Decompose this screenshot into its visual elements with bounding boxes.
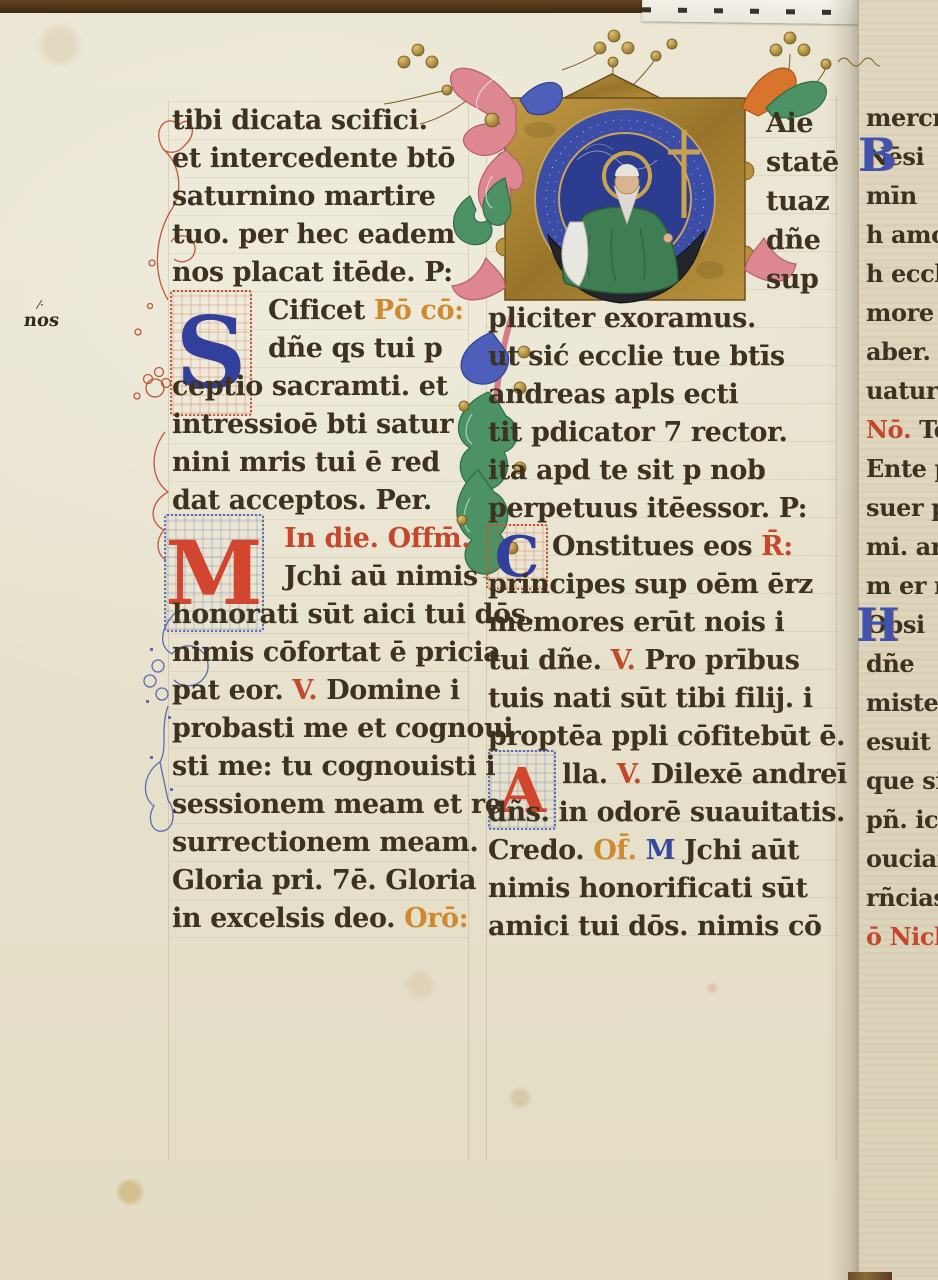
text-line: dñs. in odorē suauitatis. <box>488 794 845 832</box>
text-segment: lla. <box>562 759 617 790</box>
text-segment: nimis cōfortat ē pricia <box>172 637 500 668</box>
text-segment: dat acceptos. Per. <box>172 485 432 516</box>
text-line: sessionem meam et re <box>172 786 535 824</box>
text-line: In die. Offm̄. <box>284 520 478 558</box>
right-column-beside-initial: Aiestatētuazdñesup <box>766 104 839 299</box>
text-segment: Orō: <box>404 903 468 934</box>
text-segment: Of̄. <box>593 835 645 866</box>
text-line: ouciam p <box>866 839 938 878</box>
left-column-block-1: tibi dicata scifici.et intercedente btōs… <box>172 102 455 292</box>
text-segment: Jchi aū nimis <box>284 561 478 592</box>
text-segment: amici tui dōs. nimis cō <box>488 911 822 942</box>
text-segment: Te d <box>919 415 938 444</box>
text-segment: perpetuus itēessor. P: <box>488 493 807 524</box>
text-line: Jchi aū nimis <box>284 558 478 596</box>
text-line: Gloria pri. 7ē. Gloria <box>172 862 535 900</box>
binding-edge <box>0 0 650 13</box>
right-column-block-5: lla. V. Dilexē andreī <box>562 756 847 794</box>
text-segment: Ente po <box>866 454 938 483</box>
text-segment: Pro prībus <box>645 645 800 676</box>
text-line: sti me: tu cognouisti i <box>172 748 535 786</box>
text-segment: surrectionem meam. <box>172 827 478 858</box>
text-line: principes sup oēm ērz <box>488 566 845 604</box>
text-segment: probasti me et cognoui <box>172 713 513 744</box>
text-line: tuaz <box>766 182 839 221</box>
text-segment: Cificet <box>268 295 374 326</box>
text-segment: h amor <box>866 220 938 249</box>
text-line: tuo. per hec eadem <box>172 216 455 254</box>
text-segment: Jchi aūt <box>684 835 799 866</box>
left-column-block-4: In die. Offm̄.Jchi aū nimis <box>284 520 478 596</box>
text-segment: tit pdicator 7 rector. <box>488 417 788 448</box>
text-line: intressioē bti satur <box>172 406 453 444</box>
text-segment: sup <box>766 264 819 295</box>
text-segment: dñe <box>866 649 914 678</box>
text-segment: V. <box>611 645 645 676</box>
text-segment: rñcias. <box>866 883 938 912</box>
text-line: memores erūt nois i <box>488 604 845 642</box>
text-segment: statē <box>766 147 839 178</box>
left-column-block-5: honorati sūt aici tui dōs.nimis cōfortat… <box>172 596 535 938</box>
text-segment: misteria b <box>866 688 938 717</box>
text-segment: nos placat itēde. P: <box>172 257 453 288</box>
text-segment: tuis nati sūt tibi filij. i <box>488 683 813 714</box>
facing-initial-2: H <box>856 598 899 652</box>
text-line: dñe <box>766 221 839 260</box>
text-segment: Dilexē andreī <box>651 759 847 790</box>
text-segment: Pō cō: <box>374 295 464 326</box>
text-segment: mi. ar ill <box>866 532 938 561</box>
text-segment: m er naui <box>866 571 938 600</box>
text-segment: Nō. <box>866 415 919 444</box>
text-line: saturnino martire <box>172 178 455 216</box>
text-segment: nimis honorificati sūt <box>488 873 808 904</box>
text-segment: M <box>646 835 685 866</box>
text-line: dat acceptos. Per. <box>172 482 453 520</box>
margin-note-text: nos <box>23 313 60 328</box>
text-line: pliciter exoramus. <box>488 300 807 338</box>
text-segment: Gloria pri. 7ē. Gloria <box>172 865 476 896</box>
text-segment: pñ. ica i <box>866 805 938 834</box>
text-segment: In die. Offm̄. <box>284 523 470 554</box>
left-column-block-2: Cificet Pō cō:dñe qs tui p <box>268 292 464 368</box>
text-segment: dñs. in odorē suauitatis. <box>488 797 845 828</box>
text-line: Cificet Pō cō: <box>268 292 464 330</box>
text-segment: dñe qs tui p <box>268 333 442 364</box>
text-segment: proptēa ppli cōfitebūt ē. <box>488 721 845 752</box>
text-segment: esuit err <box>866 727 938 756</box>
text-line: que sić ans <box>866 761 938 800</box>
text-segment: pat eor. <box>172 675 292 706</box>
facing-page-text: mercriNēsimīnh amorh eccliemore scaber. … <box>866 98 938 956</box>
text-segment: suer pu <box>866 493 938 522</box>
text-line: Ente po <box>866 449 938 488</box>
text-segment: ita apd te sit p nob <box>488 455 765 486</box>
text-line: statē <box>766 143 839 182</box>
text-line: proptēa ppli cōfitebūt ē. <box>488 718 845 756</box>
text-line: pñ. ica i <box>866 800 938 839</box>
text-segment: memores erūt nois i <box>488 607 784 638</box>
text-line: mi. ar ill <box>866 527 938 566</box>
text-segment: Onstitues eos <box>552 531 761 562</box>
text-segment: ō Nich <box>866 922 938 951</box>
text-segment: saturnino martire <box>172 181 436 212</box>
text-segment: Aie <box>766 108 813 139</box>
text-segment: tibi dicata scifici. <box>172 105 428 136</box>
text-segment: V. <box>617 759 651 790</box>
right-column-block-4: principes sup oēm ērzmemores erūt nois i… <box>488 566 845 756</box>
text-segment: que sić ans <box>866 766 938 795</box>
manuscript-page-scan: ⁄· nos <box>0 0 938 1280</box>
text-line: Nō. Te d <box>866 410 938 449</box>
text-line: Credo. Of̄. M Jchi aūt <box>488 832 845 870</box>
text-segment: principes sup oēm ērz <box>488 569 813 600</box>
text-line: in excelsis deo. Orō: <box>172 900 535 938</box>
text-segment: honorati sūt aici tui dōs. <box>172 599 535 630</box>
text-segment: nini mris tui ē red <box>172 447 440 478</box>
text-line: nos placat itēde. P: <box>172 254 455 292</box>
text-line: ceptio sacramti. et <box>172 368 453 406</box>
text-line: honorati sūt aici tui dōs. <box>172 596 535 634</box>
text-line: andreas apls ecti <box>488 376 807 414</box>
text-segment: tuo. per hec eadem <box>172 219 455 250</box>
text-segment: intressioē bti satur <box>172 409 453 440</box>
text-line: Aie <box>766 104 839 143</box>
text-line: Onstitues eos R̄: <box>552 528 793 566</box>
text-line: more sc <box>866 293 938 332</box>
text-line: probasti me et cognoui <box>172 710 535 748</box>
text-segment: ut sić ecclie tue btīs <box>488 341 785 372</box>
text-line: nimis honorificati sūt <box>488 870 845 908</box>
right-column-block-3: Onstitues eos R̄: <box>552 528 793 566</box>
text-segment: R̄: <box>761 531 793 562</box>
text-line: tuis nati sūt tibi filij. i <box>488 680 845 718</box>
text-line: h amor <box>866 215 938 254</box>
text-segment: sessionem meam et re <box>172 789 502 820</box>
text-segment: more sc <box>866 298 938 327</box>
left-column-block-3: ceptio sacramti. etintressioē bti saturn… <box>172 368 453 520</box>
text-line: ita apd te sit p nob <box>488 452 807 490</box>
text-line: pat eor. V. Domine i <box>172 672 535 710</box>
text-segment: h ecclie <box>866 259 938 288</box>
text-segment: Domine i <box>326 675 460 706</box>
text-segment: tuaz <box>766 186 829 217</box>
text-line: aber. m <box>866 332 938 371</box>
text-line: ō Nich <box>866 917 938 956</box>
text-line: amici tui dōs. nimis cō <box>488 908 845 946</box>
text-line: uatur ac <box>866 371 938 410</box>
binding-fragment <box>848 1272 892 1280</box>
text-segment: ouciam p <box>866 844 938 873</box>
margin-annotation: ⁄· nos <box>24 298 59 328</box>
text-line: tibi dicata scifici. <box>172 102 455 140</box>
text-segment: tui dñe. <box>488 645 611 676</box>
text-line: et intercedente btō <box>172 140 455 178</box>
text-line: nimis cōfortat ē pricia <box>172 634 535 672</box>
text-segment: andreas apls ecti <box>488 379 738 410</box>
text-line: esuit err <box>866 722 938 761</box>
text-segment: V. <box>292 675 326 706</box>
text-segment: in excelsis deo. <box>172 903 404 934</box>
text-line: rñcias. <box>866 878 938 917</box>
text-line: tit pdicator 7 rector. <box>488 414 807 452</box>
text-segment: dñe <box>766 225 821 256</box>
text-line: sup <box>766 260 839 299</box>
text-line: tui dñe. V. Pro prībus <box>488 642 845 680</box>
text-segment: aber. m <box>866 337 938 366</box>
text-line: dñe qs tui p <box>268 330 464 368</box>
text-segment: ceptio sacramti. et <box>172 371 448 402</box>
text-line: perpetuus itēessor. P: <box>488 490 807 528</box>
facing-initial-1: B <box>858 128 897 182</box>
text-segment: Credo. <box>488 835 593 866</box>
right-column-block-2: pliciter exoramus.ut sić ecclie tue btīs… <box>488 300 807 528</box>
text-segment: sti me: tu cognouisti i <box>172 751 495 782</box>
right-column-block-6: dñs. in odorē suauitatis.Credo. Of̄. M J… <box>488 794 845 946</box>
text-line: surrectionem meam. <box>172 824 535 862</box>
text-segment: mīn <box>866 181 917 210</box>
text-line: ut sić ecclie tue btīs <box>488 338 807 376</box>
text-segment: et intercedente btō <box>172 143 455 174</box>
text-line: h ecclie <box>866 254 938 293</box>
text-line: misteria b <box>866 683 938 722</box>
text-line: lla. V. Dilexē andreī <box>562 756 847 794</box>
text-line: nini mris tui ē red <box>172 444 453 482</box>
text-segment: pliciter exoramus. <box>488 303 756 334</box>
text-line: suer pu <box>866 488 938 527</box>
text-segment: uatur ac <box>866 376 938 405</box>
gold-gable <box>560 74 664 100</box>
